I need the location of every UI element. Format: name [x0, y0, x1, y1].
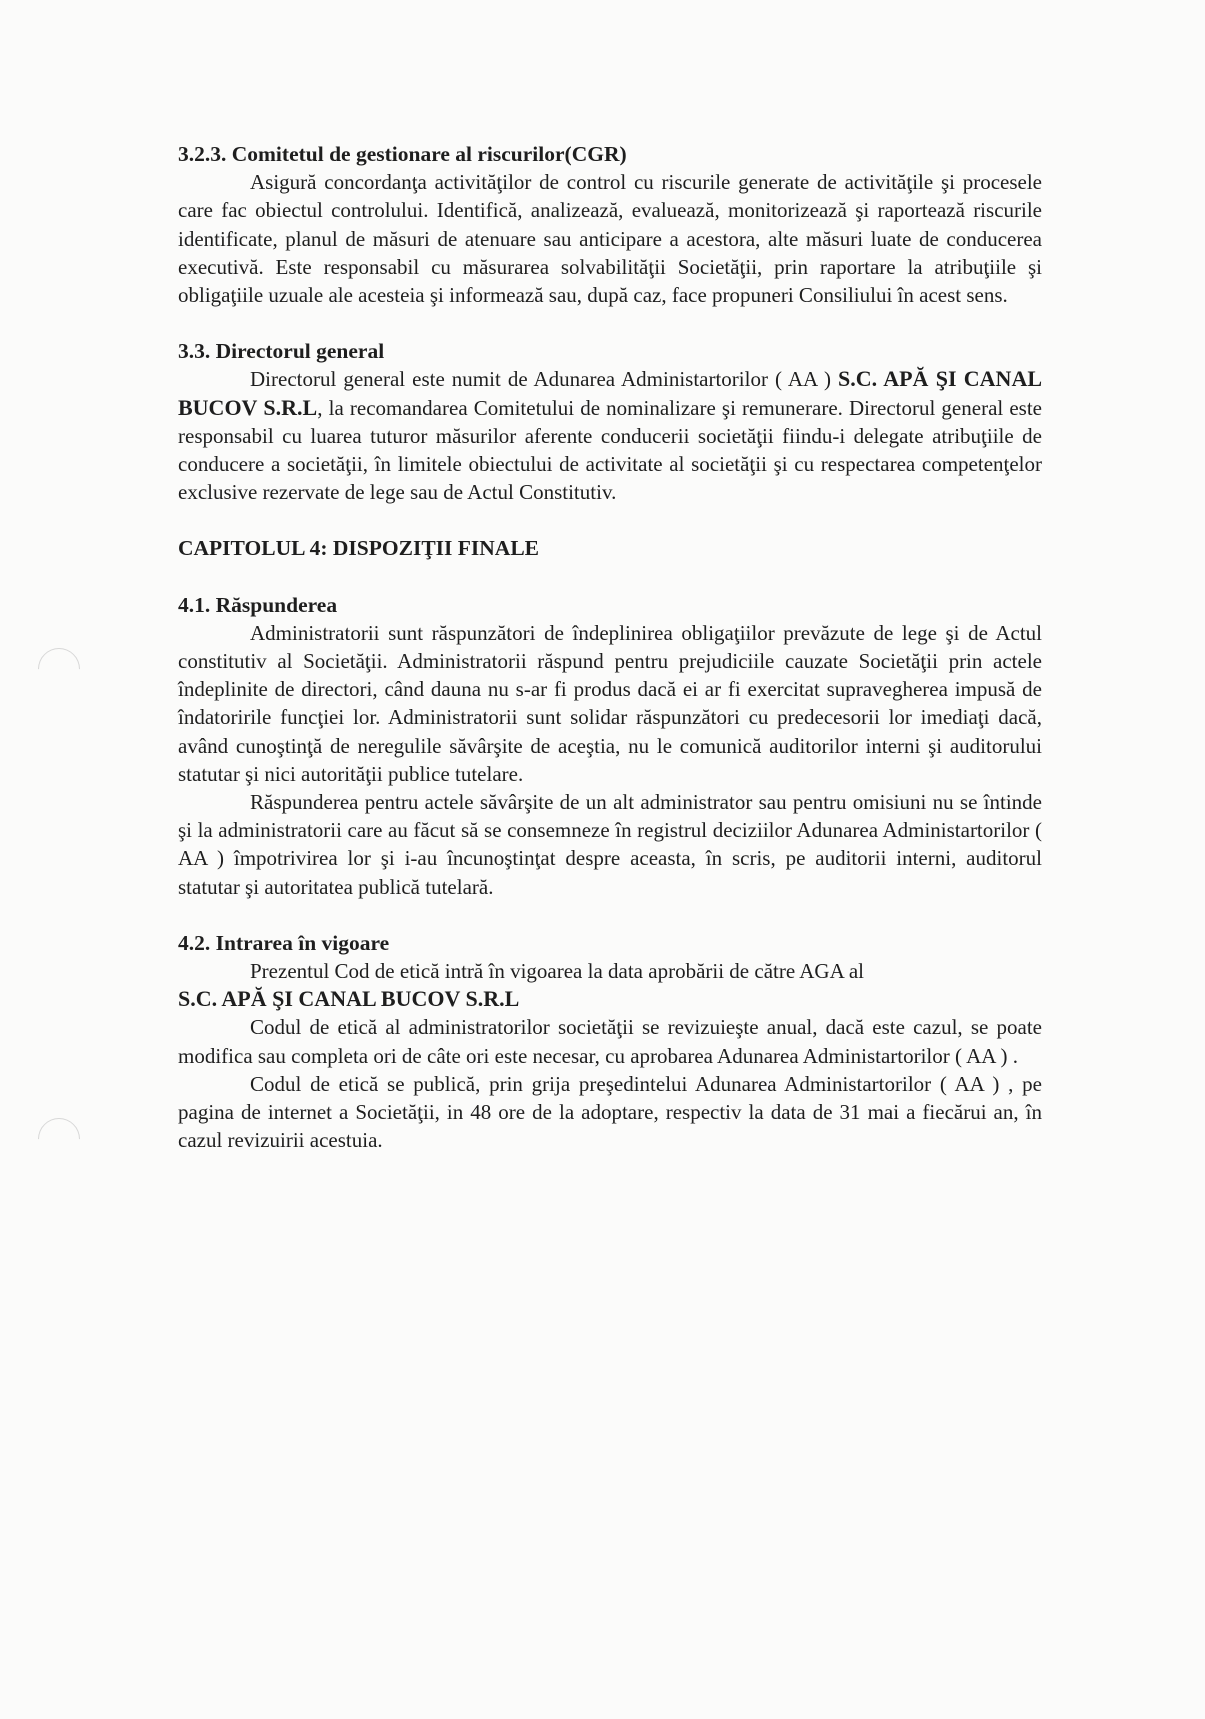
company-line: S.C. APĂ ŞI CANAL BUCOV S.R.L — [178, 985, 1042, 1013]
section-heading: 3.2.3. Comitetul de gestionare al riscur… — [178, 140, 1042, 168]
section-heading: 4.1. Răspunderea — [178, 591, 1042, 619]
hole-punch-mark-bottom — [29, 1109, 88, 1168]
paragraph: Codul de etică al administratorilor soci… — [178, 1013, 1042, 1069]
section-heading: 3.3. Directorul general — [178, 337, 1042, 365]
paragraph: Asigură concordanţa activităţilor de con… — [178, 168, 1042, 309]
section-4-2: 4.2. Intrarea în vigoare Prezentul Cod d… — [178, 929, 1042, 1155]
paragraph: Răspunderea pentru actele săvârşite de u… — [178, 788, 1042, 901]
company-name: S.C. APĂ ŞI CANAL BUCOV S.R.L — [178, 986, 519, 1011]
section-3-2-3: 3.2.3. Comitetul de gestionare al riscur… — [178, 140, 1042, 309]
paragraph: Administratorii sunt răspunzători de înd… — [178, 619, 1042, 788]
paragraph: Directorul general este numit de Adunare… — [178, 365, 1042, 506]
document-page: 3.2.3. Comitetul de gestionare al riscur… — [178, 140, 1042, 1155]
paragraph: Codul de etică se publică, prin grija pr… — [178, 1070, 1042, 1155]
section-3-3: 3.3. Directorul general Directorul gener… — [178, 337, 1042, 506]
chapter-heading: CAPITOLUL 4: DISPOZIŢII FINALE — [178, 534, 1042, 562]
section-heading: 4.2. Intrarea în vigoare — [178, 929, 1042, 957]
paragraph-text: Directorul general este numit de Adunare… — [250, 367, 838, 391]
paragraph: Prezentul Cod de etică intră în vigoarea… — [178, 957, 1042, 985]
hole-punch-mark-top — [29, 639, 88, 698]
section-4-1: 4.1. Răspunderea Administratorii sunt ră… — [178, 591, 1042, 901]
